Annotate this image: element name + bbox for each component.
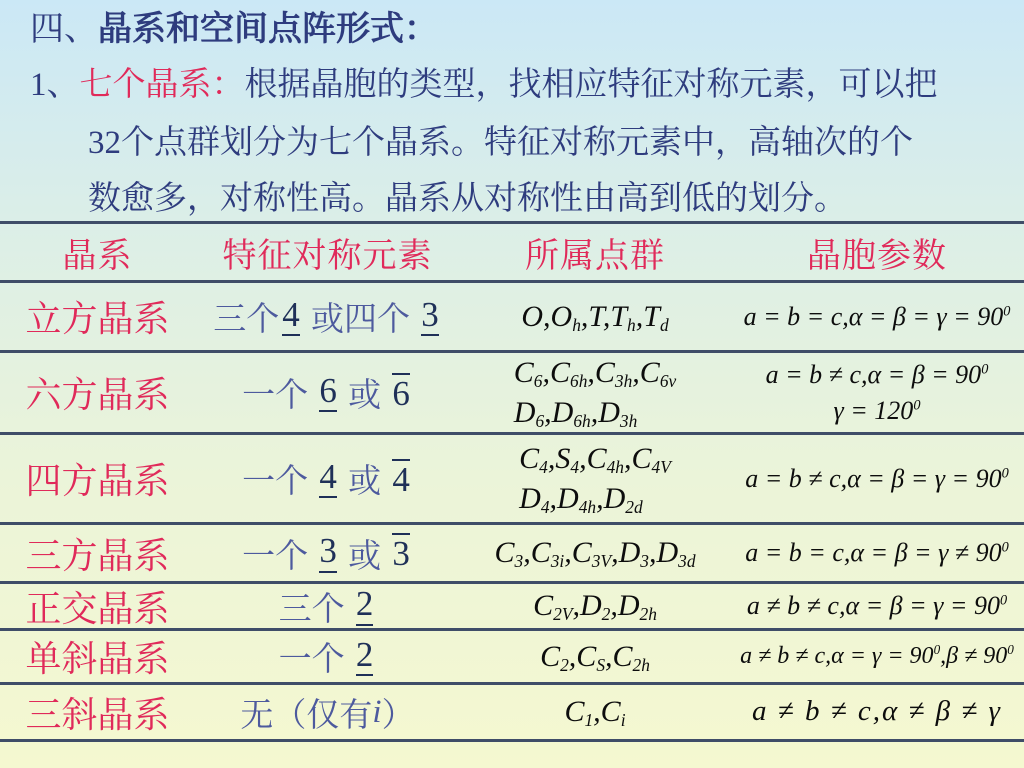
title-line-2: 1、七个晶系：根据晶胞的类型，找相应特征对称元素，可以把	[30, 66, 938, 106]
parameter-line: a = b = c,α = β = γ ≠ 900	[745, 535, 1009, 570]
table-row-hexagonal: 六方晶系 一个 6 或 6 C6,C6h,C3h,C6vD6,D6h,D3h a…	[0, 350, 1024, 432]
parameter-line: a = b ≠ c,α = β = γ = 900	[745, 461, 1009, 496]
system-name: 四方晶系	[0, 435, 195, 522]
point-groups-cell: C3,C3i,C3V,D3,D3d	[460, 525, 730, 581]
text-segment: 6	[392, 373, 410, 413]
text-segment: i	[372, 694, 381, 731]
point-group-line: D4,D4h,D2d	[519, 479, 671, 518]
table-row-monoclinic: 单斜晶系 一个 2 C2,CS,C2h a ≠ b ≠ c,α = γ = 90…	[0, 628, 1024, 682]
parameter-line: a ≠ b ≠ c,α = β = γ = 900	[747, 588, 1007, 623]
text-segment: 3	[392, 533, 410, 573]
text-segment: 七个晶系：	[80, 67, 245, 103]
cell-parameters-cell: a ≠ b ≠ c,α = β = γ = 900	[730, 584, 1024, 628]
text-segment: 三个	[279, 584, 353, 628]
system-name: 三方晶系	[0, 525, 195, 581]
cell-parameters-cell: a ≠ b ≠ c,α = γ = 900,β ≠ 900	[730, 631, 1024, 682]
parameter-line: a = b = c,α = β = γ = 900	[744, 299, 1011, 334]
symmetry-elements-cell: 一个 6 或 6	[195, 353, 460, 432]
parameter-line: a ≠ b ≠ c,α = γ = 900,β ≠ 900	[740, 640, 1014, 672]
point-groups-cell: C1,Ci	[460, 685, 730, 739]
text-segment: 3	[421, 297, 439, 337]
text-segment: 4	[392, 459, 410, 499]
symmetry-elements-cell: 三个 2	[195, 584, 460, 628]
text-segment: 晶系和空间点阵形式：	[98, 11, 438, 48]
cell-parameters-cell: a = b ≠ c,α = β = γ = 900	[730, 435, 1024, 522]
text-segment: 一个	[279, 633, 353, 680]
system-name: 六方晶系	[0, 353, 195, 432]
point-group-line: C4,S4,C4h,C4V	[519, 439, 671, 478]
text-segment: 或	[340, 530, 390, 577]
point-group-line: C6,C6h,C3h,C6v	[514, 353, 676, 392]
cell-parameters-cell: a = b ≠ c,α = β = 900γ = 1200	[730, 353, 1024, 432]
table-row-cubic: 立方晶系 三个4 或四个 3 O,Oh,T,Th,Td a = b = c,α …	[0, 280, 1024, 350]
point-groups-cell: C6,C6h,C3h,C6vD6,D6h,D3h	[460, 353, 730, 432]
cell-parameters-cell: a ≠ b ≠ c,α ≠ β ≠ γ	[730, 685, 1024, 739]
lecture-slide: 四、晶系和空间点阵形式： 1、七个晶系：根据晶胞的类型，找相应特征对称元素，可以…	[0, 0, 1024, 768]
header-cell-symmetry-elements: 特征对称元素	[195, 224, 460, 280]
text-segment: 32个点群划分为七个晶系。特征对称元素中，高轴次的个	[88, 125, 913, 161]
text-segment: 一个	[242, 369, 316, 416]
text-segment: 6	[319, 373, 337, 413]
text-segment: 四、	[30, 11, 98, 48]
symmetry-elements-cell: 一个 2	[195, 631, 460, 682]
header-cell-point-groups: 所属点群	[460, 224, 730, 280]
symmetry-elements-cell: 一个 4 或 4	[195, 435, 460, 522]
text-segment: 4	[319, 459, 337, 499]
point-groups-cell: C4,S4,C4h,C4VD4,D4h,D2d	[460, 435, 730, 522]
point-group-line: D6,D6h,D3h	[514, 393, 676, 432]
table-row-tetragonal: 四方晶系 一个 4 或 4 C4,S4,C4h,C4VD4,D4h,D2d a …	[0, 432, 1024, 522]
text-segment: 根据晶胞的类型，找相应特征对称元素，可以把	[245, 67, 938, 103]
point-group-line: O,Oh,T,Th,Td	[521, 297, 668, 336]
table-row-orthorhombic: 正交晶系 三个 2 C2V,D2,D2h a ≠ b ≠ c,α = β = γ…	[0, 581, 1024, 628]
text-segment: 3	[319, 533, 337, 573]
text-segment: 或四个	[303, 293, 419, 340]
parameter-line: a = b ≠ c,α = β = 900	[766, 357, 989, 392]
text-segment: 无（仅有	[240, 689, 372, 736]
text-segment: 或	[340, 455, 390, 502]
cell-parameters-cell: a = b = c,α = β = γ = 900	[730, 283, 1024, 350]
point-groups-cell: C2,CS,C2h	[460, 631, 730, 682]
system-name: 立方晶系	[0, 283, 195, 350]
point-group-line: C1,Ci	[564, 692, 625, 731]
text-segment: 2	[356, 637, 374, 677]
text-segment: 1、	[30, 67, 80, 103]
header-cell-system: 晶系	[0, 224, 195, 280]
title-line-4: 数愈多，对称性高。晶系从对称性由高到低的划分。	[88, 180, 847, 220]
system-name: 单斜晶系	[0, 631, 195, 682]
text-segment: 一个	[242, 530, 316, 577]
text-segment: 4	[282, 297, 300, 337]
system-name: 正交晶系	[0, 584, 195, 628]
cell-parameters-cell: a = b = c,α = β = γ ≠ 900	[730, 525, 1024, 581]
system-name: 三斜晶系	[0, 685, 195, 739]
text-segment: 一个	[242, 455, 316, 502]
header-cell-cell-parameters: 晶胞参数	[730, 224, 1024, 280]
table-header-row: 晶系 特征对称元素 所属点群 晶胞参数	[0, 221, 1024, 280]
point-group-line: C2,CS,C2h	[540, 637, 650, 676]
point-group-line: C3,C3i,C3V,D3,D3d	[494, 533, 695, 572]
symmetry-elements-cell: 三个4 或四个 3	[195, 283, 460, 350]
title-line-3: 32个点群划分为七个晶系。特征对称元素中，高轴次的个	[88, 124, 913, 164]
text-segment: 数愈多，对称性高。晶系从对称性由高到低的划分。	[88, 181, 847, 217]
table-row-triclinic: 三斜晶系 无（仅有i） C1,Ci a ≠ b ≠ c,α ≠ β ≠ γ	[0, 682, 1024, 742]
parameter-line: a ≠ b ≠ c,α ≠ β ≠ γ	[752, 692, 1002, 731]
text-segment: 2	[356, 586, 374, 626]
text-segment: 或	[340, 369, 390, 416]
point-groups-cell: O,Oh,T,Th,Td	[460, 283, 730, 350]
point-groups-cell: C2V,D2,D2h	[460, 584, 730, 628]
symmetry-elements-cell: 无（仅有i）	[195, 685, 460, 739]
point-group-line: C2V,D2,D2h	[533, 586, 657, 625]
symmetry-elements-cell: 一个 3 或 3	[195, 525, 460, 581]
crystal-systems-table: 晶系 特征对称元素 所属点群 晶胞参数 立方晶系 三个4 或四个 3 O,Oh,…	[0, 221, 1024, 742]
text-segment: 三个	[213, 293, 279, 340]
text-segment: ）	[382, 689, 415, 736]
table-row-trigonal: 三方晶系 一个 3 或 3 C3,C3i,C3V,D3,D3d a = b = …	[0, 522, 1024, 581]
title-line-1: 四、晶系和空间点阵形式：	[30, 10, 438, 51]
parameter-line: γ = 1200	[766, 393, 989, 428]
